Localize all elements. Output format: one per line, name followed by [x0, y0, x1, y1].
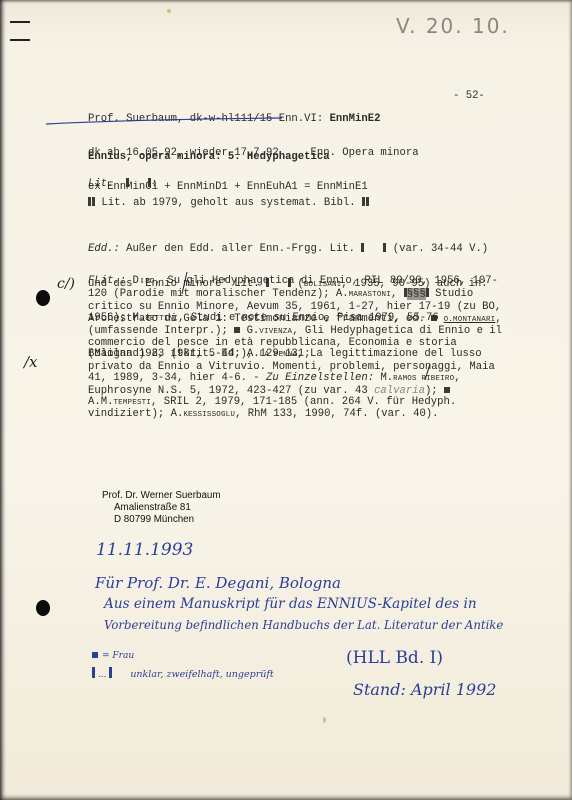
author-name: BO [145, 278, 154, 286]
flit-italic: Zu Einzelstellen: [266, 372, 374, 384]
flit-text: critico su Ennio Minore, Aevum 35, 1961,… [88, 301, 501, 313]
unclear-section: §§§ [404, 288, 429, 300]
flit-text: Studio [429, 288, 474, 300]
flit-text: , Studi e note su Ennio, Pisa 1979, 55-7… [178, 312, 439, 324]
page-number: - 52- [453, 91, 485, 102]
legend-bars-text: unklar, zweifelhaft, ungeprüft [130, 669, 273, 680]
pen-underline [44, 115, 284, 127]
edd-label: Edd.: [88, 243, 120, 255]
unclear-marker [361, 243, 364, 252]
square-marker-icon [92, 652, 98, 658]
handwritten-hll: (HLL Bd. I) [346, 648, 443, 668]
flit-text: , RhM 133, 1990, 74f. (var. 40). [235, 408, 438, 420]
unclear-marker [362, 197, 365, 206]
author-name: LA PENNA [260, 351, 298, 359]
handwritten-stand: Stand: April 1992 [353, 680, 496, 699]
flit-paragraph: FLit.: D.BO, Su gli Hedyphagetica di Enn… [88, 276, 502, 422]
flit-text: Euphrosyne N.S. 5, 1972, 423-427 (zu var… [88, 385, 374, 397]
flit-text: , SRIL 2, 1979, 171-185 (ann. 264 V. für… [151, 396, 456, 408]
flit-line: 120 (Parodie mit moralischer Tendenz); A… [88, 288, 502, 301]
handwritten-dedication: Für Prof. Dr. E. Degani, Bologna [95, 574, 341, 592]
flit-text: 120 (Parodie mit moralischer Tendenz); A… [88, 288, 349, 300]
handwritten-line3: Vorbereitung befindlichen Handbuchs der … [104, 618, 503, 632]
header-code: EnnMinE2 [330, 113, 381, 125]
archive-mark: V. 20. 10. [396, 14, 510, 38]
flit-text: vindiziert); A. [88, 408, 183, 420]
flit-text: , [391, 288, 404, 300]
flit-text: ); [425, 385, 444, 397]
stamp-city: D 80799 München [102, 514, 221, 526]
author-name: TEMPESTI [113, 399, 151, 407]
legend-square-text: = Frau [102, 651, 134, 661]
author-name: BETTINI [145, 315, 178, 323]
margin-dash [10, 39, 30, 41]
flit-text: commercio del pesce in età repubblicana,… [88, 337, 457, 349]
flit-line: FLit.: D.BO, Su gli Hedyphagetica di Enn… [88, 276, 502, 288]
author-name: VIVENZA [259, 328, 292, 336]
flit-text: (umfassende Interpr.); [88, 325, 234, 337]
lit-note: Lit. ab 1979, geholt aus systemat. Bibl. [88, 197, 369, 209]
margin-dash [10, 21, 30, 23]
address-stamp: Prof. Dr. Werner Suerbaum Amalienstraße … [102, 490, 221, 526]
lit-note-text: Lit. ab 1979, geholt aus systemat. Bibl. [95, 197, 362, 209]
margin-note-x: /x [24, 353, 38, 371]
flit-label: FLit.: [88, 275, 126, 287]
bar-marker-icon [109, 667, 112, 678]
lit-colon: : [151, 178, 157, 190]
handwritten-line2: Aus einem Manuskript für das ENNIUS-Kapi… [104, 596, 477, 612]
woman-marker [444, 387, 450, 393]
author-name: MARASTONI [349, 291, 391, 299]
punch-hole [36, 600, 50, 616]
flit-text: A.M. [88, 396, 113, 408]
flit-line: vindiziert); A.KESSISSOGLU, RhM 133, 199… [88, 409, 502, 421]
flit-text: , [454, 372, 460, 384]
unclear-marker [88, 197, 91, 206]
flit-text: G. [240, 325, 259, 337]
unclear-marker [366, 197, 369, 206]
lit-line: Lit. : [88, 178, 158, 190]
handwritten-date: 11.11.1993 [96, 540, 193, 560]
flit-text: 41, 1989, 3-34, hier 4-6. - [88, 372, 266, 384]
paper-stain [167, 9, 171, 13]
punch-hole [36, 290, 50, 306]
flit-text: 1956); M. [88, 312, 145, 324]
legend-square: = Frau [92, 645, 134, 663]
flit-italic: calvaria [374, 385, 425, 397]
flit-text: D. [126, 275, 145, 287]
edd-text: Außer den Edd. aller Enn.-Frgg. Lit. [120, 243, 362, 255]
lit-label: Lit. [88, 178, 113, 190]
stamp-street: Amalienstraße 81 [102, 502, 221, 514]
document-page: V. 20. 10. Prof. Suerbaum, dk-w-hl111/15… [0, 0, 572, 800]
flit-text: , La legittimazione del lusso [297, 348, 481, 360]
flit-text: , Su gli Hedyphagetica di Ennio, RIL 89/… [155, 275, 498, 287]
pen-mark [178, 270, 190, 296]
paper-stain [323, 717, 326, 723]
flit-text: , Gli Hedyphagetica di Ennio e il [292, 325, 502, 337]
flit-text: (Mailand) 2, 1981, 5-44; A. [88, 348, 260, 360]
flit-text: M. [374, 372, 393, 384]
author-name: KESSISSOGLU [183, 411, 235, 419]
unclear-marker [126, 178, 129, 187]
edd-text: (var. 34-44 V.) [386, 243, 488, 255]
stamp-name: Prof. Dr. Werner Suerbaum [102, 490, 221, 502]
margin-note-cp: c/) [57, 276, 75, 292]
legend-bars: ... unklar, zweifelhaft, ungeprüft [92, 664, 274, 682]
section-title: Ennius, opera minora: 5. Hedyphagetica [88, 152, 330, 163]
pen-mark [422, 362, 432, 382]
flit-text: privato da Ennio a Vitruvio. Momenti, pr… [88, 361, 495, 373]
